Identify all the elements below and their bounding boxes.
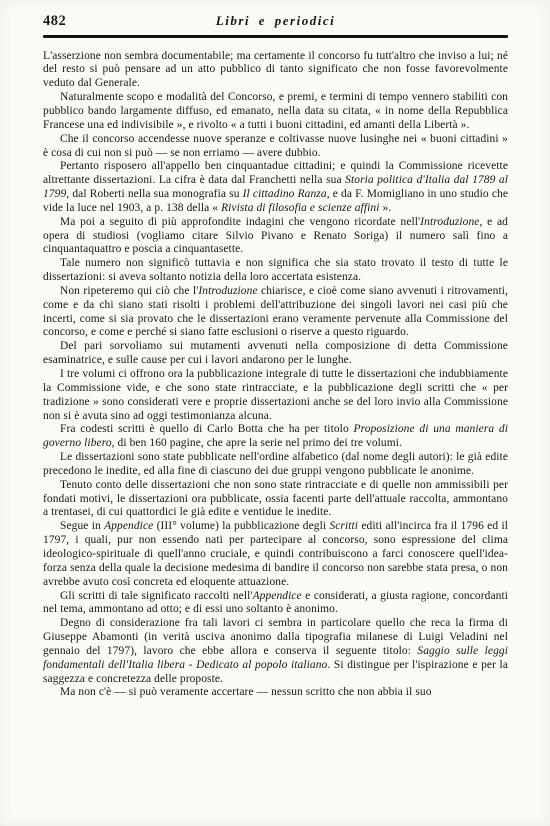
italic-text-run: Scritti [329,520,358,532]
paragraph: L'asserzione non sembra documentabile; m… [43,50,508,92]
text-run: L'asserzione non sembra documentabile; m… [43,50,508,90]
paragraph: Che il concorso accendesse nuove speranz… [43,133,508,161]
text-run: Ma poi a seguito di più approfondite ind… [60,216,420,228]
paragraph: Segue in Appendice (III° volume) la pubb… [43,520,508,589]
paragraph: Tenuto conto delle dissertazioni che non… [43,479,508,521]
italic-text-run: Introduzione [198,285,257,297]
italic-text-run: Appendice [104,520,153,532]
paragraph: Del pari sorvoliamo sui mutamenti avvenu… [43,340,508,368]
text-run: Ma non c'è — si può veramente accertare … [60,686,432,698]
text-run: Naturalmente scopo e modalità del Concor… [43,91,508,131]
paragraph: Ma poi a seguito di più approfondite ind… [43,216,508,258]
text-run: Tenuto conto delle dissertazioni che non… [43,479,508,519]
text-run: Non ripeteremo qui ciò che l' [60,285,198,297]
header-rule [43,35,508,38]
paragraph: Gli scritti di tale significato raccolti… [43,590,508,618]
running-title: Libri e periodici [43,13,508,29]
text-run: Che il concorso accendesse nuove speranz… [43,133,508,159]
text-run: (III° volume) la pubblicazione degli [153,520,329,532]
paragraph: Non ripeteremo qui ciò che l'Introduzion… [43,285,508,340]
italic-text-run: Introduzione [420,216,479,228]
text-run: Le dissertazioni sono state pubblicate n… [43,451,508,477]
text-run: I tre volumi ci offrono ora la pubblicaz… [43,368,508,422]
text-run: Del pari sorvoliamo sui mutamenti avvenu… [43,340,508,366]
page-header: 482 Libri e periodici [43,13,508,30]
text-run: Fra codesti scritti è quello di Carlo Bo… [60,423,354,435]
italic-text-run: Appendice [253,590,302,602]
text-run: ». [379,202,391,214]
paragraph: Fra codesti scritti è quello di Carlo Bo… [43,423,508,451]
paragraph: Pertanto risposero all'appello ben cinqu… [43,160,508,215]
text-run: , dal Roberti nella sua monografia su [66,188,242,200]
text-run: Segue in [60,520,104,532]
text-body: L'asserzione non sembra documentabile; m… [43,50,508,701]
paragraph: Naturalmente scopo e modalità del Concor… [43,91,508,133]
paragraph: Degno di considerazione fra tali lavori … [43,617,508,686]
paragraph: Le dissertazioni sono state pubblicate n… [43,451,508,479]
text-run: , di ben 160 pagine, che apre la serie n… [112,437,402,449]
italic-text-run: Il cittadino Ranza [243,188,327,200]
paragraph: I tre volumi ci offrono ora la pubblicaz… [43,368,508,423]
paragraph: Ma non c'è — si può veramente accertare … [43,686,508,700]
text-run: Tale numero non significò tuttavia e non… [43,257,508,283]
book-page: 482 Libri e periodici L'asserzione non s… [0,0,550,826]
paragraph: Tale numero non significò tuttavia e non… [43,257,508,285]
text-run: Gli scritti di tale significato raccolti… [60,590,253,602]
italic-text-run: Rivista di filosofia e scienze affini [221,202,379,214]
